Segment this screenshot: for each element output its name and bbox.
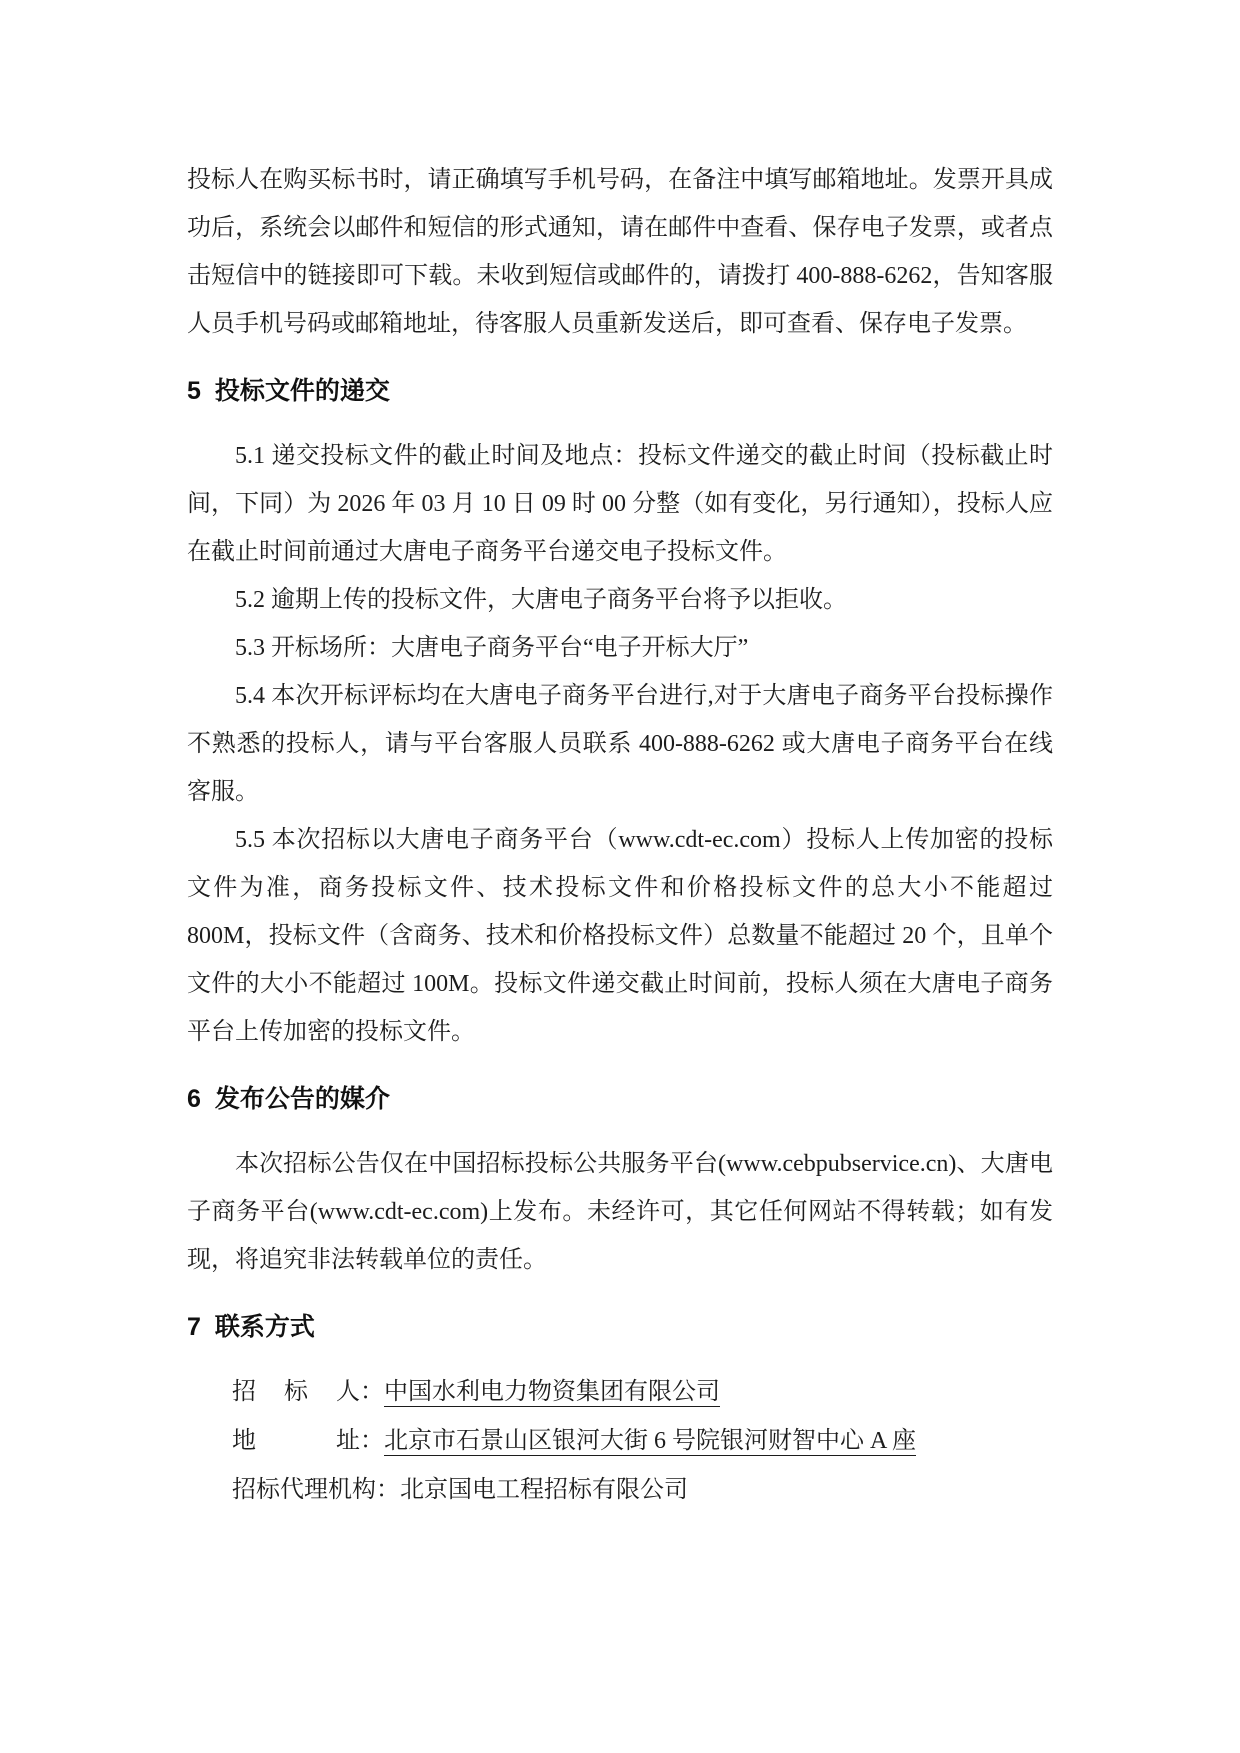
contact-row-tenderer: 招标人：中国水利电力物资集团有限公司 — [187, 1368, 1053, 1417]
tenderer-colon: ： — [360, 1368, 384, 1417]
agency-value: 北京国电工程招标有限公司 — [400, 1477, 688, 1504]
section-7-heading: 7联系方式 — [187, 1303, 1053, 1351]
contact-row-agency: 招标代理机构：北京国电工程招标有限公司 — [187, 1466, 1053, 1515]
agency-colon: ： — [376, 1466, 400, 1515]
paragraph-5-3: 5.3 开标场所：大唐电子商务平台“电子开标大厅” — [187, 624, 1053, 672]
tenderer-label: 招标人 — [232, 1368, 360, 1417]
tenderer-value: 中国水利电力物资集团有限公司 — [384, 1379, 720, 1407]
intro-paragraph: 投标人在购买标书时，请正确填写手机号码，在备注中填写邮箱地址。发票开具成功后，系… — [187, 156, 1053, 348]
address-value: 北京市石景山区银河大街 6 号院银河财智中心 A 座 — [384, 1428, 916, 1456]
section-6-number: 6 — [187, 1085, 201, 1113]
section-6-title: 发布公告的媒介 — [215, 1085, 390, 1113]
paragraph-6-1: 本次招标公告仅在中国招标投标公共服务平台(www.cebpubservice.c… — [187, 1140, 1053, 1284]
address-colon: ： — [360, 1417, 384, 1466]
contact-block: 招标人：中国水利电力物资集团有限公司 地址：北京市石景山区银河大街 6 号院银河… — [187, 1368, 1053, 1515]
agency-label: 招标代理机构 — [232, 1466, 376, 1515]
paragraph-5-5: 5.5 本次招标以大唐电子商务平台（www.cdt-ec.com）投标人上传加密… — [187, 816, 1053, 1056]
section-5-heading: 5投标文件的递交 — [187, 367, 1053, 415]
contact-row-address: 地址：北京市石景山区银河大街 6 号院银河财智中心 A 座 — [187, 1417, 1053, 1466]
section-5-number: 5 — [187, 377, 201, 405]
paragraph-5-2: 5.2 逾期上传的投标文件，大唐电子商务平台将予以拒收。 — [187, 576, 1053, 624]
section-7-number: 7 — [187, 1313, 201, 1341]
section-7-title: 联系方式 — [215, 1313, 315, 1341]
document-page: 投标人在购买标书时，请正确填写手机号码，在备注中填写邮箱地址。发票开具成功后，系… — [0, 0, 1240, 1753]
paragraph-5-4: 5.4 本次开标评标均在大唐电子商务平台进行,对于大唐电子商务平台投标操作不熟悉… — [187, 672, 1053, 816]
address-label: 地址 — [232, 1417, 360, 1466]
section-6-heading: 6发布公告的媒介 — [187, 1075, 1053, 1123]
paragraph-5-1: 5.1 递交投标文件的截止时间及地点：投标文件递交的截止时间（投标截止时间，下同… — [187, 432, 1053, 576]
section-5-title: 投标文件的递交 — [215, 377, 390, 405]
